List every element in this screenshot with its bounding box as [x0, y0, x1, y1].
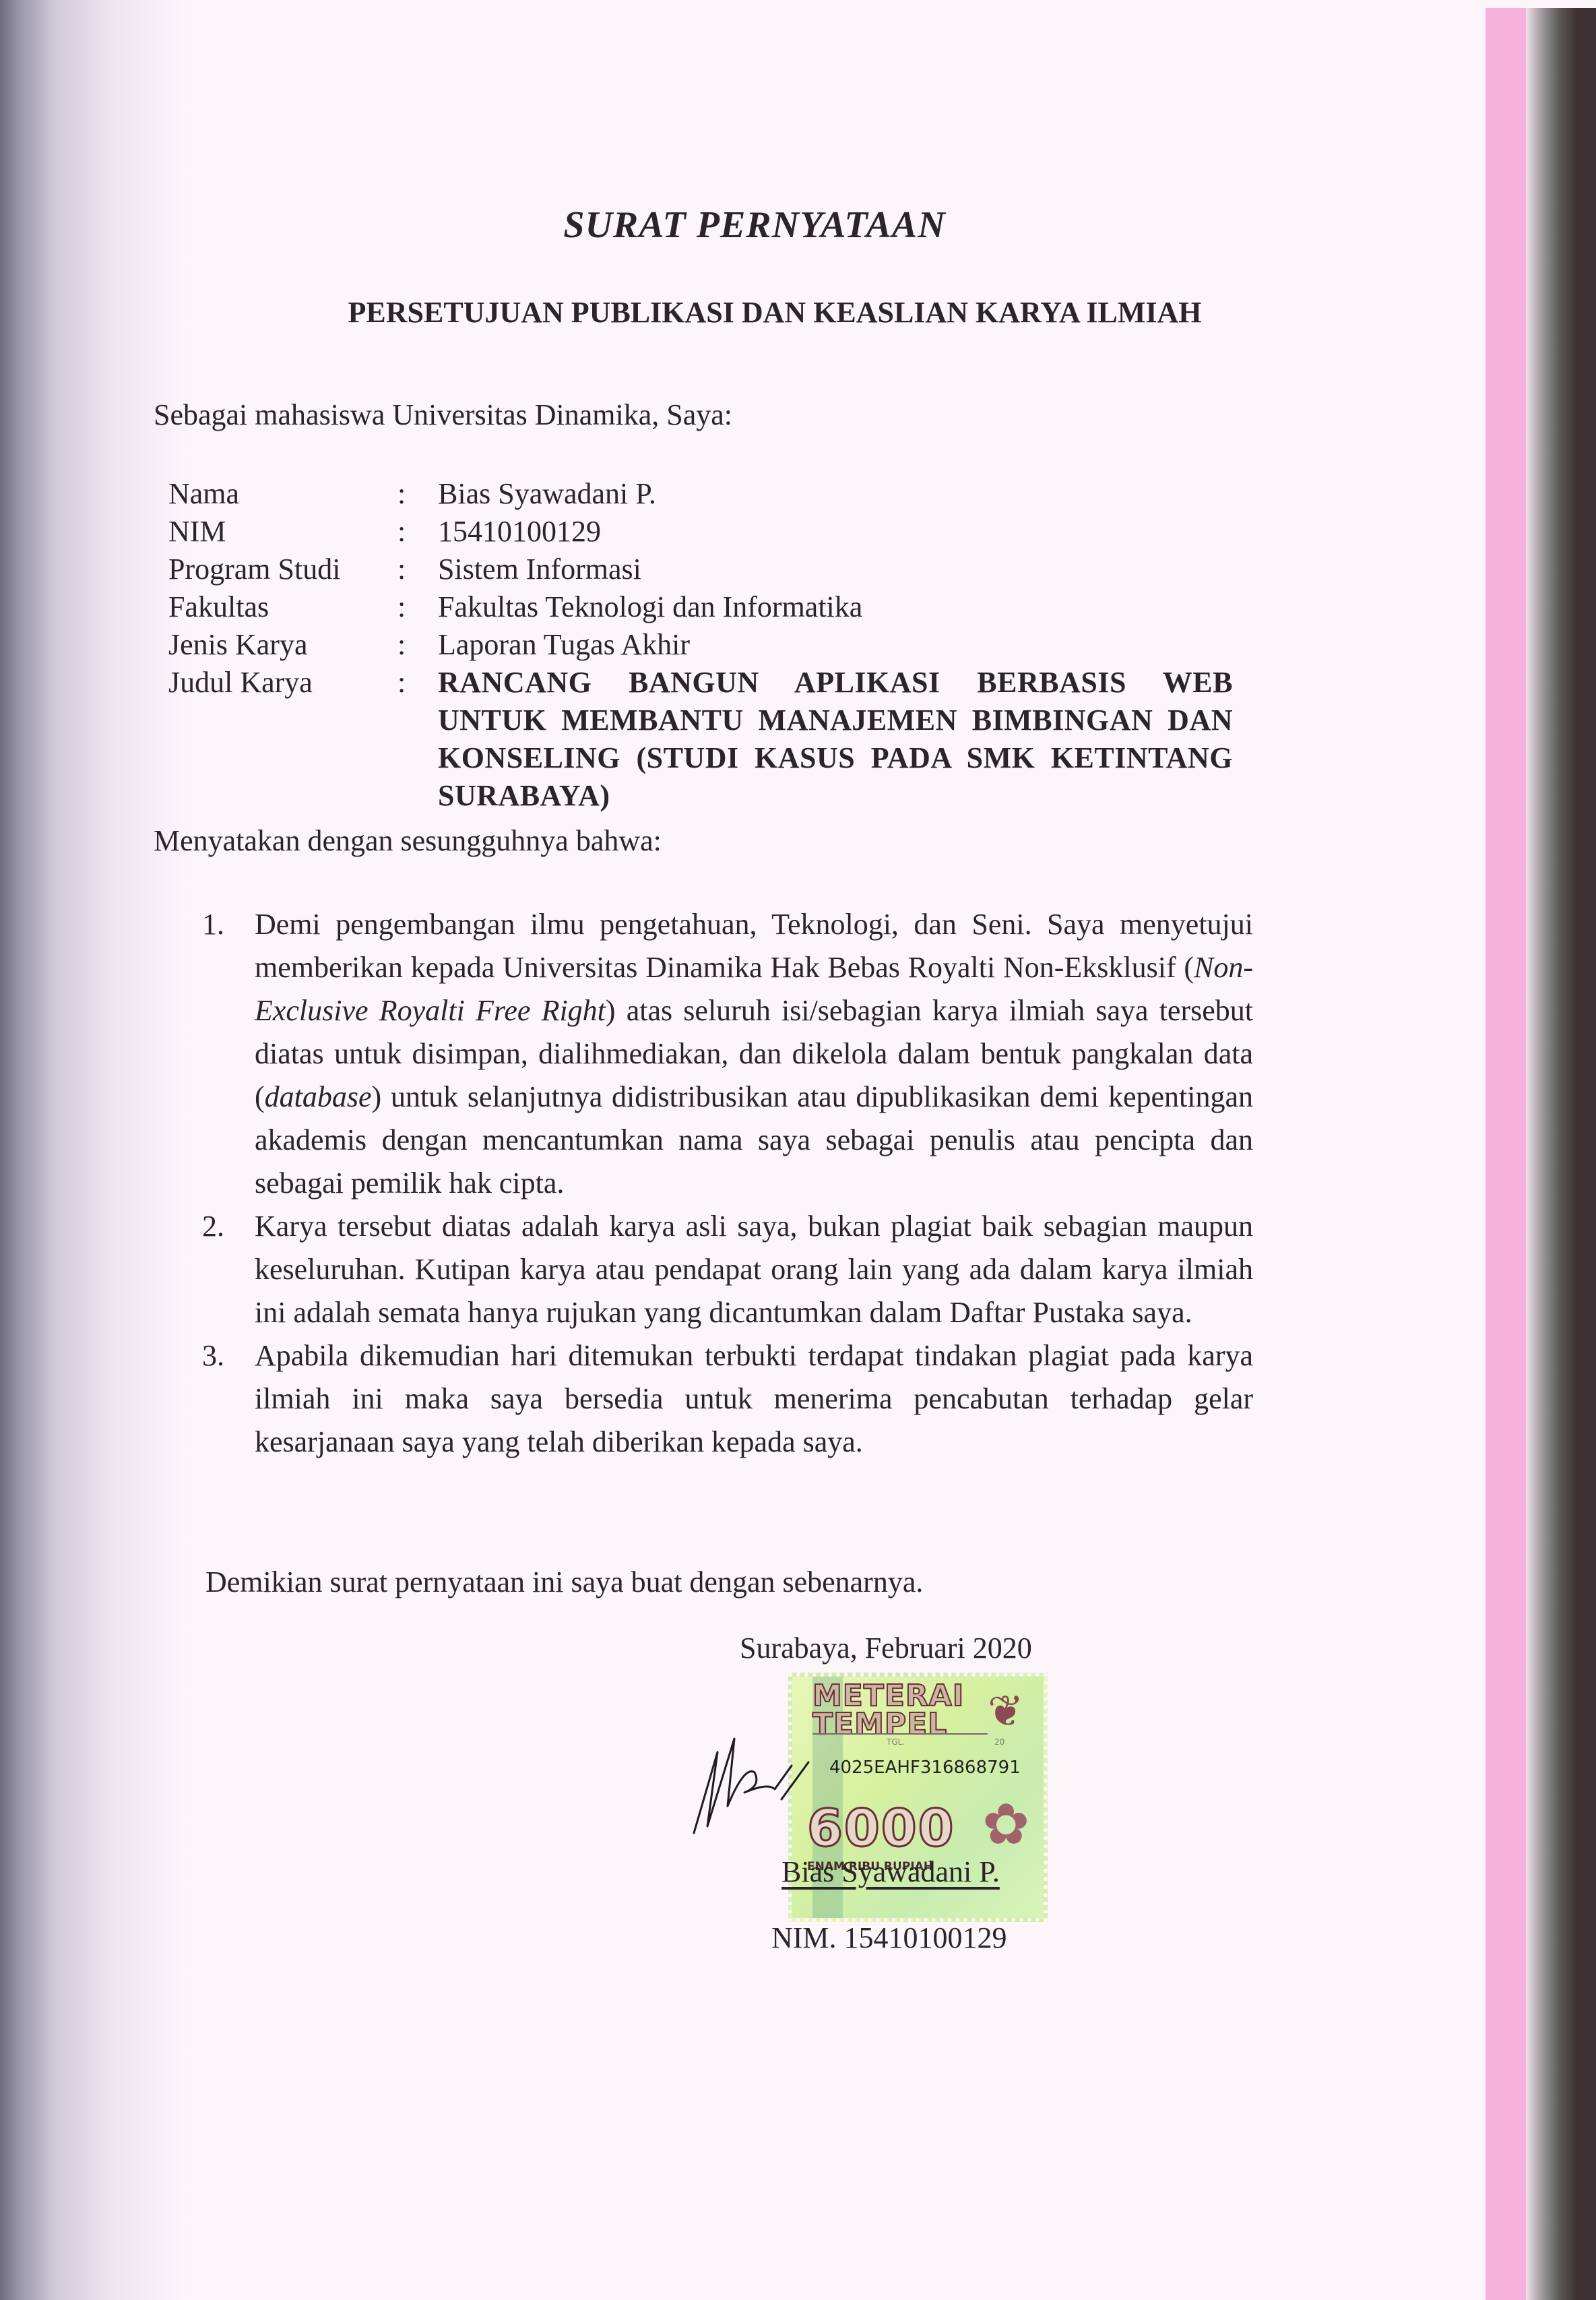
point-text-part: Demi pengembangan ilmu pengetahuan, Tekn… [255, 908, 1253, 984]
stamp-serial: 4025EAHF316868791 [829, 1758, 1021, 1778]
intro-text: Sebagai mahasiswa Universitas Dinamika, … [154, 398, 732, 432]
signatory-nim: NIM. 15410100129 [771, 1921, 1007, 1955]
point-text: Karya tersebut diatas adalah karya asli … [255, 1205, 1253, 1334]
info-value: 15410100129 [438, 513, 1233, 551]
info-value: Sistem Informasi [438, 551, 1233, 588]
signatory-name: Bias Syawadani P. [781, 1855, 1000, 1889]
info-label: NIM [168, 513, 397, 551]
info-label: Nama [168, 475, 397, 513]
student-info-table: Nama:Bias Syawadani P.NIM:15410100129Pro… [168, 475, 1233, 815]
info-row: NIM:15410100129 [168, 513, 1233, 551]
info-value: Laporan Tugas Akhir [438, 626, 1233, 664]
stamp-title-line1: METERAI [812, 1682, 964, 1710]
garuda-emblem-icon: ❦ [988, 1687, 1024, 1737]
info-value: Fakultas Teknologi dan Informatika [438, 588, 1233, 626]
closing-statement: Demikian surat pernyataan ini saya buat … [205, 1565, 923, 1599]
title-text: SURAT PERNYATAAN [563, 204, 945, 246]
book-binding-edge [1526, 8, 1596, 2300]
stamp-date-label: TGL. [887, 1737, 905, 1747]
stamp-date-line [812, 1733, 988, 1735]
document-page: SURAT PERNYATAAN PERSETUJUAN PUBLIKASI D… [0, 0, 1482, 2300]
document-subtitle: PERSETUJUAN PUBLIKASI DAN KEASLIAN KARYA… [34, 295, 1516, 330]
info-value: Bias Syawadani P. [438, 475, 1233, 513]
place-date: Surabaya, Februari 2020 [740, 1631, 1032, 1665]
declaration-point-2: 2. Karya tersebut diatas adalah karya as… [202, 1205, 1253, 1334]
info-row: Judul Karya:RANCANG BANGUN APLIKASI BERB… [168, 664, 1233, 815]
info-value: RANCANG BANGUN APLIKASI BERBASIS WEB UNT… [438, 664, 1233, 815]
info-row: Program Studi:Sistem Informasi [168, 551, 1233, 588]
declaration-point-1: 1. Demi pengembangan ilmu pengetahuan, T… [202, 903, 1253, 1205]
declaration-points: 1. Demi pengembangan ilmu pengetahuan, T… [202, 903, 1253, 1464]
point-number: 1. [202, 903, 255, 1205]
info-row: Jenis Karya:Laporan Tugas Akhir [168, 626, 1233, 664]
info-label: Fakultas [168, 588, 397, 626]
info-separator: : [397, 664, 438, 815]
info-separator: : [397, 588, 438, 626]
info-separator: : [397, 513, 438, 551]
info-separator: : [397, 551, 438, 588]
point-italic-term: database [265, 1080, 372, 1113]
declaration-intro: Menyatakan dengan sesungguhnya bahwa: [154, 823, 662, 858]
info-separator: : [397, 626, 438, 664]
declaration-point-3: 3. Apabila dikemudian hari ditemukan ter… [202, 1334, 1253, 1464]
info-separator: : [397, 475, 438, 513]
info-label: Jenis Karya [168, 626, 397, 664]
info-row: Nama:Bias Syawadani P. [168, 475, 1233, 513]
point-number: 3. [202, 1334, 255, 1464]
pink-page-edge [1486, 8, 1526, 2300]
info-label: Program Studi [168, 551, 397, 588]
info-row: Fakultas:Fakultas Teknologi dan Informat… [168, 588, 1233, 626]
stamp-year-label: 20 [994, 1737, 1004, 1747]
flower-ornament-icon: ✿ [982, 1791, 1029, 1857]
stamp-title: METERAI TEMPEL [812, 1682, 964, 1739]
point-text: Apabila dikemudian hari ditemukan terbuk… [255, 1334, 1253, 1464]
stamp-value: 6000 [807, 1798, 955, 1858]
point-number: 2. [202, 1205, 255, 1334]
point-text-part: ) untuk selanjutnya didistribusikan atau… [255, 1080, 1253, 1200]
document-title: SURAT PERNYATAAN [13, 204, 1496, 247]
handwritten-signature [680, 1725, 815, 1840]
info-label: Judul Karya [168, 664, 397, 815]
point-text: Demi pengembangan ilmu pengetahuan, Tekn… [255, 903, 1253, 1205]
